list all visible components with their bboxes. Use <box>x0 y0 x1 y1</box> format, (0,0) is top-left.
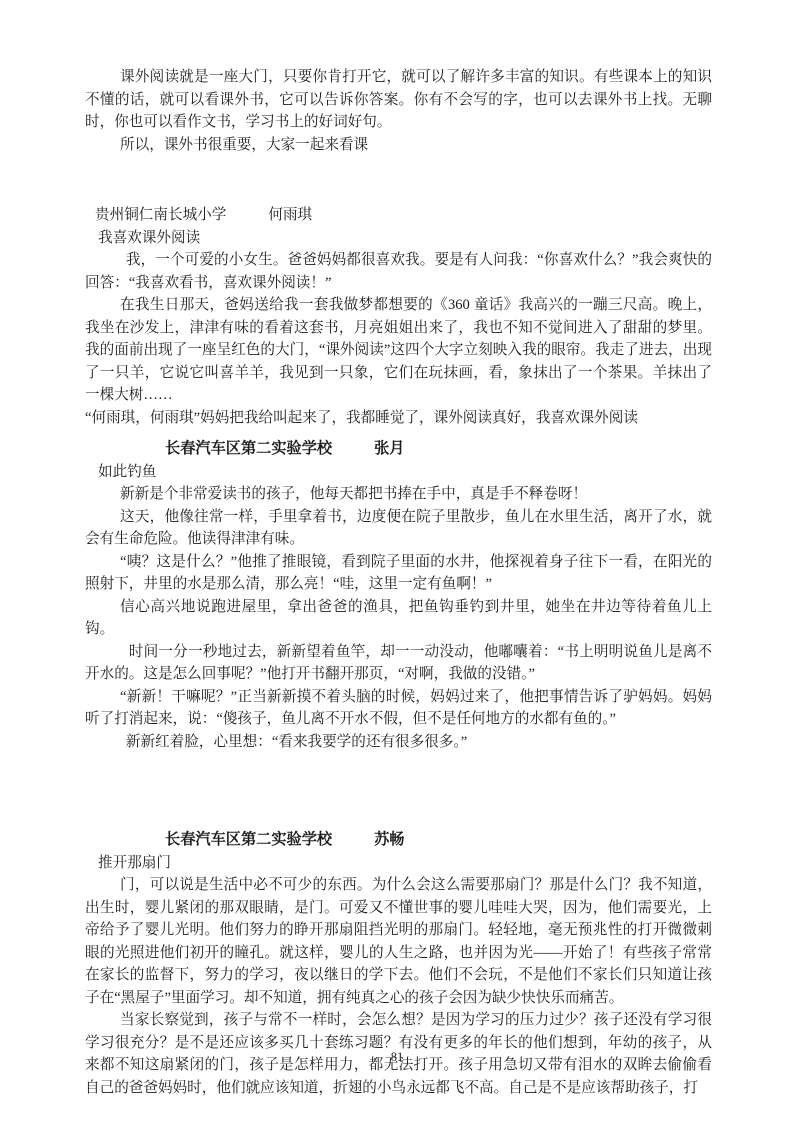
essay3-school-name: 长春汽车区第二实验学校 <box>165 831 332 848</box>
essay1-header: 贵州铜仁南长城小学何雨琪 <box>85 204 712 227</box>
essay1-school-name: 贵州铜仁南长城小学 <box>95 207 226 223</box>
essay3-title: 推开那扇门 <box>85 852 712 875</box>
essay2-paragraph: 信心高兴地说跑进屋里，拿出爸爸的渔具，把鱼钩垂钓到井里，她坐在井边等待着鱼儿上钩… <box>85 596 712 641</box>
essay2-paragraph: 这天，他像往常一样，手里拿着书，边度便在院子里散步，鱼儿在水里生活，离开了水，就… <box>85 506 712 551</box>
section-spacer <box>85 156 712 204</box>
document-content: 课外阅读就是一座大门，只要你肯打开它，就可以了解许多丰富的知识。有些课本上的知识… <box>85 66 712 1099</box>
page-number: 81 <box>0 1050 794 1065</box>
essay2-paragraph: 新新红着脸，心里想：“看来我要学的还有很多很多。” <box>85 731 712 754</box>
essay2-school-name: 长春汽车区第二实验学校 <box>165 440 332 457</box>
essay1-author-name: 何雨琪 <box>268 207 312 223</box>
essay3-author-name: 苏畅 <box>374 831 404 848</box>
essay2-paragraph: “咦？这是什么？”他推了推眼镜，看到院子里面的水井，他探视着身子往下一看，在阳光… <box>85 551 712 596</box>
essay2-paragraph: 新新是个非常爱读书的孩子，他每天都把书捧在手中，真是手不释卷呀！ <box>85 483 712 506</box>
essay1-paragraph: “何雨琪，何雨琪”妈妈把我给叫起来了，我都睡觉了，课外阅读真好，我喜欢课外阅读 <box>85 407 712 430</box>
essay3-paragraph: 门，可以说是生活中必不可少的东西。为什么会这么需要那扇门？那是什么门？我不知道，… <box>85 874 712 1009</box>
intro-conclusion: 所以，课外书很重要，大家一起来看课 <box>85 134 712 157</box>
intro-paragraph: 课外阅读就是一座大门，只要你肯打开它，就可以了解许多丰富的知识。有些课本上的知识… <box>85 66 712 134</box>
essay1-title: 我喜欢课外阅读 <box>85 227 712 250</box>
essay2-paragraph: 时间一分一秒地过去，新新望着鱼竿，却一一动没动，他嘟囔着：“书上明明说鱼儿是离不… <box>85 641 712 686</box>
essay1-paragraph: 我，一个可爱的小女生。爸爸妈妈都很喜欢我。要是有人问我：“你喜欢什么？”我会爽快… <box>85 249 712 294</box>
document-page: 课外阅读就是一座大门，只要你肯打开它，就可以了解许多丰富的知识。有些课本上的知识… <box>0 0 794 1123</box>
section-spacer <box>85 429 712 438</box>
essay2-header: 长春汽车区第二实验学校张月 <box>85 438 712 461</box>
essay2-paragraph: “新新！干嘛呢？”正当新新摸不着头脑的时候，妈妈过来了，他把事情告诉了驴妈妈。妈… <box>85 686 712 731</box>
essay1-paragraph: 在我生日那天，爸妈送给我一套我做梦都想要的《360 童话》我高兴的一蹦三尺高。晚… <box>85 294 712 407</box>
essay3-header: 长春汽车区第二实验学校苏畅 <box>85 829 712 852</box>
section-spacer <box>85 753 712 829</box>
essay2-title: 如此钓鱼 <box>85 461 712 484</box>
essay2-author-name: 张月 <box>374 440 404 457</box>
